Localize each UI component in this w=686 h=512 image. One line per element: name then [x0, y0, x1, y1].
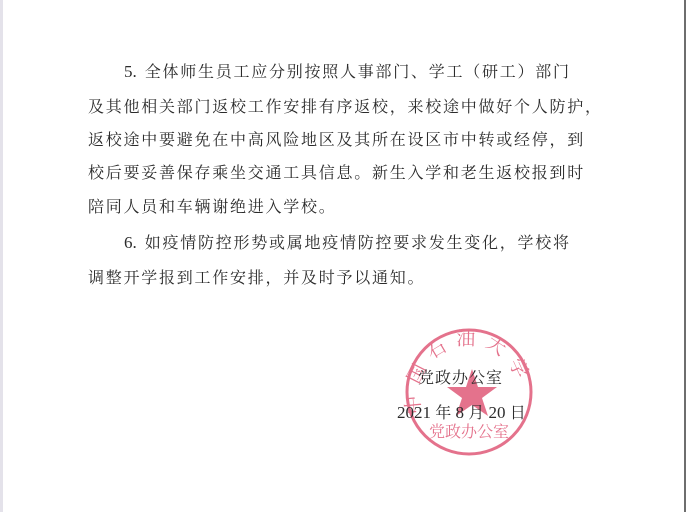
official-seal-stamp: 中国石油大学 党政办公室	[402, 325, 536, 459]
paragraph-5-line-3: 返校途中要避免在中高风险地区及其所在设区市中转或经停，到	[88, 130, 585, 150]
date-year-unit: 年	[435, 403, 451, 422]
date-month: 8	[456, 403, 465, 422]
date-day: 20	[489, 403, 506, 422]
paragraph-5-line-4: 校后要妥善保存乘坐交通工具信息。新生入学和老生返校报到时	[88, 163, 585, 183]
paragraph-5-line-1: 5.全体师生员工应分别按照人事部门、学工（研工）部门	[124, 62, 571, 82]
paragraph-6-line-1: 6.如疫情防控形势或属地疫情防控要求发生变化，学校将	[124, 233, 571, 253]
stamp-bottom-text: 党政办公室	[429, 422, 509, 441]
paragraph-5-line-2: 及其他相关部门返校工作安排有序返校，来校途中做好个人防护，	[88, 97, 603, 117]
paragraph-text: 如疫情防控形势或属地疫情防控要求发生变化，学校将	[145, 233, 571, 252]
paragraph-number: 5.	[124, 62, 137, 81]
document-page: 5.全体师生员工应分别按照人事部门、学工（研工）部门 及其他相关部门返校工作安排…	[0, 0, 686, 512]
paragraph-text: 全体师生员工应分别按照人事部门、学工（研工）部门	[145, 62, 571, 81]
signature-date: 2021 年 8 月 20 日	[397, 403, 526, 423]
paragraph-number: 6.	[124, 233, 137, 252]
paragraph-5-line-5: 陪同人员和车辆谢绝进入学校。	[88, 197, 337, 217]
date-year: 2021	[397, 403, 431, 422]
date-day-unit: 日	[510, 403, 526, 422]
signature-office: 党政办公室	[418, 368, 503, 388]
paragraph-6-line-2: 调整开学报到工作安排，并及时予以通知。	[88, 268, 425, 288]
date-month-unit: 月	[468, 403, 484, 422]
